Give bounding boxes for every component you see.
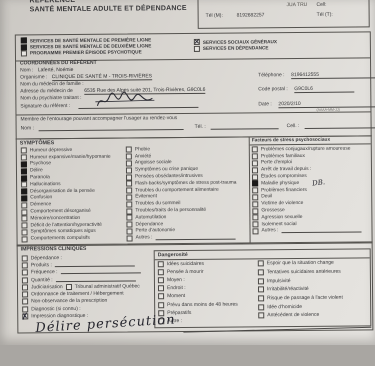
checkbox <box>194 39 200 45</box>
checkbox <box>258 313 264 319</box>
family-doctor-label: Nom du médecin de famille : <box>20 81 83 88</box>
symptoms-box: SYMPTÔMES Humeur dépressive Humeur expan… <box>16 135 373 246</box>
organization-row: Organisme : CLINIQUE DE SANTÉ M - TROIS-… <box>20 73 152 80</box>
stress-factor-label: Études compromises <box>261 174 307 179</box>
stress-factors-list: Problèmes conjugaux/rupture amoureuse Pr… <box>250 144 372 234</box>
checkbox <box>258 278 264 284</box>
symptom-label: Automutilation <box>135 215 166 220</box>
symptom-label: Hallucinations <box>30 182 60 187</box>
checkbox <box>126 160 132 166</box>
impressions-header: IMPRESSIONS CLINIQUES <box>21 246 87 253</box>
checkbox <box>22 262 28 268</box>
dangerousness-right-list: Espoir que la situation change Tentative… <box>258 258 369 320</box>
symptom-label: Comportement désorganisé <box>30 209 90 215</box>
danger-label: Espoir que la situation change <box>267 260 334 267</box>
danger-label: Risque de passage à l'acte violent <box>267 295 343 302</box>
doctor-address-label: Adresse du médecin de <box>20 88 73 94</box>
referrer-box: COORDONNÉES DU RÉFÉRENT Nom : Laferté, N… <box>15 56 371 115</box>
checkbox <box>258 269 264 275</box>
checkbox <box>252 215 258 221</box>
symptom-label: Mémoire/concentration <box>30 216 80 221</box>
danger-label: Prévu dans moins de 48 heures <box>167 301 238 308</box>
symptom-label: Psychose <box>30 162 51 167</box>
companion-tel-line <box>211 128 279 130</box>
checkbox <box>21 175 27 181</box>
checkbox <box>21 44 27 50</box>
checkbox <box>21 229 27 235</box>
checkbox <box>126 228 132 234</box>
checkbox <box>158 286 164 292</box>
symptom-label: Symptômes somatiques aigus <box>30 229 95 235</box>
organization-value: CLINIQUE DE SANTÉ M - TROIS-RIVIÈRES <box>52 73 152 81</box>
danger-label: Endroit : <box>167 285 186 291</box>
symptom-label: Humeur expansive/manie/hypomanie <box>30 154 111 160</box>
checkbox <box>21 195 27 201</box>
checkbox <box>252 194 258 200</box>
danger-label: Irritabilité/réactivité <box>267 286 309 292</box>
stress-factor-label: Grossesse <box>261 208 284 213</box>
checkbox <box>126 147 132 153</box>
organization-label: Organisme : <box>20 74 47 80</box>
checkbox-secondary <box>66 284 72 290</box>
stress-factor-label: Problèmes conjugaux/rupture amoureuse <box>261 146 351 152</box>
checkbox <box>158 269 164 275</box>
checkbox <box>21 161 27 167</box>
checkbox <box>21 202 27 208</box>
contact-box: JUA TRU Cell: Tél (M): 8192682257 Tél (T… <box>197 0 369 29</box>
psychiatrist-label: Nom du psychiatre traitant : <box>20 95 81 102</box>
checkbox <box>21 168 27 174</box>
checkbox <box>252 160 258 166</box>
stress-factor-row: Autres : <box>252 227 371 235</box>
blank-line <box>155 235 235 240</box>
checkbox <box>252 222 258 228</box>
impression-label: Non-observance de la prescription <box>31 298 107 305</box>
checkbox <box>194 45 200 51</box>
symptom-label: Autres : <box>136 236 153 241</box>
name-label: Nom : <box>20 67 33 73</box>
danger-label: Pensée à mourir <box>167 269 204 275</box>
stress-factor-label: Deuil <box>261 195 272 200</box>
tel-m-label: Tél (M): <box>206 13 223 19</box>
checkbox <box>22 292 28 298</box>
symptom-label: Désorganisation de la pensée <box>30 188 95 194</box>
stress-factor-label: Arrêt de travail depuis : <box>261 167 311 172</box>
checkbox <box>126 208 132 214</box>
stress-factor-label: Perte d'emploi <box>261 161 292 166</box>
checkbox <box>21 209 27 215</box>
checkbox <box>21 223 27 229</box>
companion-name-line <box>39 129 184 131</box>
checkbox <box>126 201 132 207</box>
stress-factor-label: Problèmes financiers <box>261 188 307 193</box>
impressions-left-list: Dépendance : Produits : <box>22 253 153 320</box>
checkbox <box>126 188 132 194</box>
symptom-label: Paranoïa <box>30 175 50 180</box>
blank-line <box>56 277 136 282</box>
stress-factor-label: Autres : <box>261 229 278 234</box>
checkbox <box>21 189 27 195</box>
stress-factor-label: Problèmes familiaux <box>261 154 305 159</box>
impression-label: Fréquence : <box>31 269 58 275</box>
signature-label: Signature du référent : <box>20 103 70 109</box>
scanned-form-photo: RÉFÉRENCE SANTÉ MENTALE ADULTE ET DÉPEND… <box>0 0 375 366</box>
checkbox <box>22 255 28 261</box>
symptom-label: Angoisse sociale <box>135 161 172 166</box>
checkbox <box>252 228 258 234</box>
cell-label: Cell: <box>317 2 327 8</box>
services-right-list: SERVICES SOCIAUX GÉNÉRAUX SERVICES EN DÉ… <box>194 37 364 51</box>
stress-factor-label: Agression sexuelle <box>261 215 302 220</box>
stress-factor-label: Isolement social <box>261 222 296 227</box>
symptom-label: Flash-backs/symptômes de stress post-tra… <box>135 180 236 186</box>
companion-tel-label: Tél. : <box>195 124 206 130</box>
checkbox <box>252 201 258 207</box>
postal-code-label: Code postal : <box>258 86 288 92</box>
service-row: SERVICES EN DÉPENDANCE <box>194 44 364 52</box>
danger-label: Antécédent de violence <box>267 312 319 318</box>
referrer-name-row: Nom : Laferté, Noémie <box>20 67 73 73</box>
symptoms-col2: Phobie Anxiété Angoisse sociale <box>126 145 249 241</box>
checkbox <box>252 147 258 153</box>
danger-label: Idée d'homicide <box>267 304 302 310</box>
impression-label-secondary: Tribunal administratif Québec <box>75 283 140 290</box>
checkbox <box>21 148 27 154</box>
stress-factors-panel: Facteurs de stress psychosociaux Problèm… <box>249 136 372 242</box>
service-label: SERVICES SOCIAUX GÉNÉRAUX <box>203 39 277 45</box>
companion-cell-label: Cell. : <box>287 123 300 129</box>
referral-form: RÉFÉRENCE SANTÉ MENTALE ADULTE ET DÉPEND… <box>0 0 375 347</box>
checkbox <box>126 167 132 173</box>
impression-label: Judiciarisation <box>31 284 63 290</box>
checkbox <box>21 182 27 188</box>
stress-factor-label: Maladie physique <box>261 181 299 186</box>
impression-label: Diagnostic (si connu) : <box>31 306 81 312</box>
checkbox <box>22 313 28 319</box>
checkbox <box>258 295 264 301</box>
signature-scribble <box>94 91 156 110</box>
checkbox <box>22 299 28 305</box>
checkbox <box>126 181 132 187</box>
checkbox <box>126 194 132 200</box>
checkbox <box>252 208 258 214</box>
referrer-header: COORDONNÉES DU RÉFÉRENT <box>20 60 97 67</box>
checkbox <box>126 222 132 228</box>
symptoms-col1: Humeur dépressive Humeur expansive/manie… <box>21 147 126 243</box>
checkbox <box>21 216 27 222</box>
checkbox <box>22 277 28 283</box>
blank-line <box>61 270 141 275</box>
symptom-label: Troubles du comportement alimentaire <box>135 187 219 193</box>
phone-value: 8196412555 <box>291 71 375 79</box>
name-value: Laferté, Noémie <box>38 67 74 73</box>
symptom-label: Confusion <box>30 196 52 201</box>
checkbox <box>21 155 27 161</box>
symptom-label: Humeur dépressive <box>30 148 72 153</box>
symptom-label: Troubles du sommeil <box>135 201 180 206</box>
checkbox <box>158 277 164 283</box>
symptom-label: Perte d'autonomie <box>135 229 175 234</box>
checkbox <box>127 235 133 241</box>
checkbox <box>22 236 28 242</box>
symptom-label: Troubles/traits de la personnalité <box>135 208 206 214</box>
dangerousness-panel: Dangerosité Idées suicidaires Pensée à m… <box>154 248 372 328</box>
blank-line <box>55 262 135 267</box>
checkbox <box>258 287 264 293</box>
companion-header: Membre de l'entourage pouvant accompagne… <box>21 115 178 122</box>
danger-row: Antécédent de violence <box>258 311 368 321</box>
checkbox <box>22 284 28 290</box>
checkbox <box>252 181 258 187</box>
checkbox <box>258 304 264 310</box>
symptom-label: Dépendance <box>135 222 163 227</box>
symptom-label: Évitement <box>135 195 157 200</box>
checkbox <box>252 188 258 194</box>
symptom-label: Anxiété <box>135 154 151 159</box>
postal-code-value: G9C0L6 <box>294 86 354 94</box>
checkbox <box>126 154 132 160</box>
impression-label: Dépendance : <box>31 255 62 261</box>
service-label: PROGRAMME PREMIER ÉPISODE PSYCHOTIQUE <box>30 50 142 56</box>
checkbox <box>252 154 258 160</box>
checkbox <box>252 174 258 180</box>
checkbox <box>126 174 132 180</box>
symptom-label: Déficit de l'attention/hyperactivité <box>30 222 101 228</box>
checkbox <box>252 167 258 173</box>
symptom-label: Comportements compulsifs <box>31 236 90 242</box>
checkbox <box>22 270 28 276</box>
symptom-label: Démence <box>30 202 51 207</box>
companion-name-label: Nom : <box>21 125 34 131</box>
checkbox <box>21 50 27 56</box>
phone-label: Téléphone : <box>258 72 284 78</box>
checkbox <box>158 261 164 267</box>
checkbox <box>158 294 164 300</box>
impression-label: Quantité : <box>31 277 53 283</box>
danger-label: Moyen : <box>167 277 185 283</box>
danger-label: Moment <box>167 293 185 299</box>
symptom-label: Phobie <box>135 147 150 152</box>
symptom-row: Autres : <box>127 234 249 242</box>
symptom-label: Pensées obsédantes/intrusives <box>135 174 203 180</box>
blank-line <box>281 228 361 233</box>
service-row: PROGRAMME PREMIER ÉPISODE PSYCHOTIQUE <box>21 49 191 57</box>
danger-label: Idées suicidaires <box>167 261 204 267</box>
checkbox <box>126 215 132 221</box>
danger-label: Tentatives suicidaires antérieures <box>267 269 341 276</box>
stress-factor-label: Victime de violence <box>261 201 303 206</box>
symptom-label: Délire <box>30 169 43 174</box>
contact-cut-text: JUA TRU <box>287 2 308 8</box>
checkbox <box>258 261 264 267</box>
companion-cell-line <box>305 127 375 129</box>
date-label: Date : <box>258 101 271 107</box>
danger-label: Impulsivité <box>267 278 291 284</box>
services-left-list: SERVICES DE SANTÉ MENTALE DE PREMIÈRE LI… <box>21 36 191 57</box>
tel-m-value: 8192682257 <box>237 12 265 18</box>
symptom-label: Symptômes ou crise panique <box>135 167 198 173</box>
symptoms-header: SYMPTÔMES <box>20 140 55 146</box>
checkbox <box>158 302 164 308</box>
checkbox <box>21 38 27 44</box>
tel-t-label: Tél (T): <box>317 12 333 18</box>
symptom-row: Comportements compulsifs <box>22 235 126 243</box>
service-label: SERVICES EN DÉPENDANCE <box>203 45 269 51</box>
impression-label: Produits : <box>31 262 52 268</box>
